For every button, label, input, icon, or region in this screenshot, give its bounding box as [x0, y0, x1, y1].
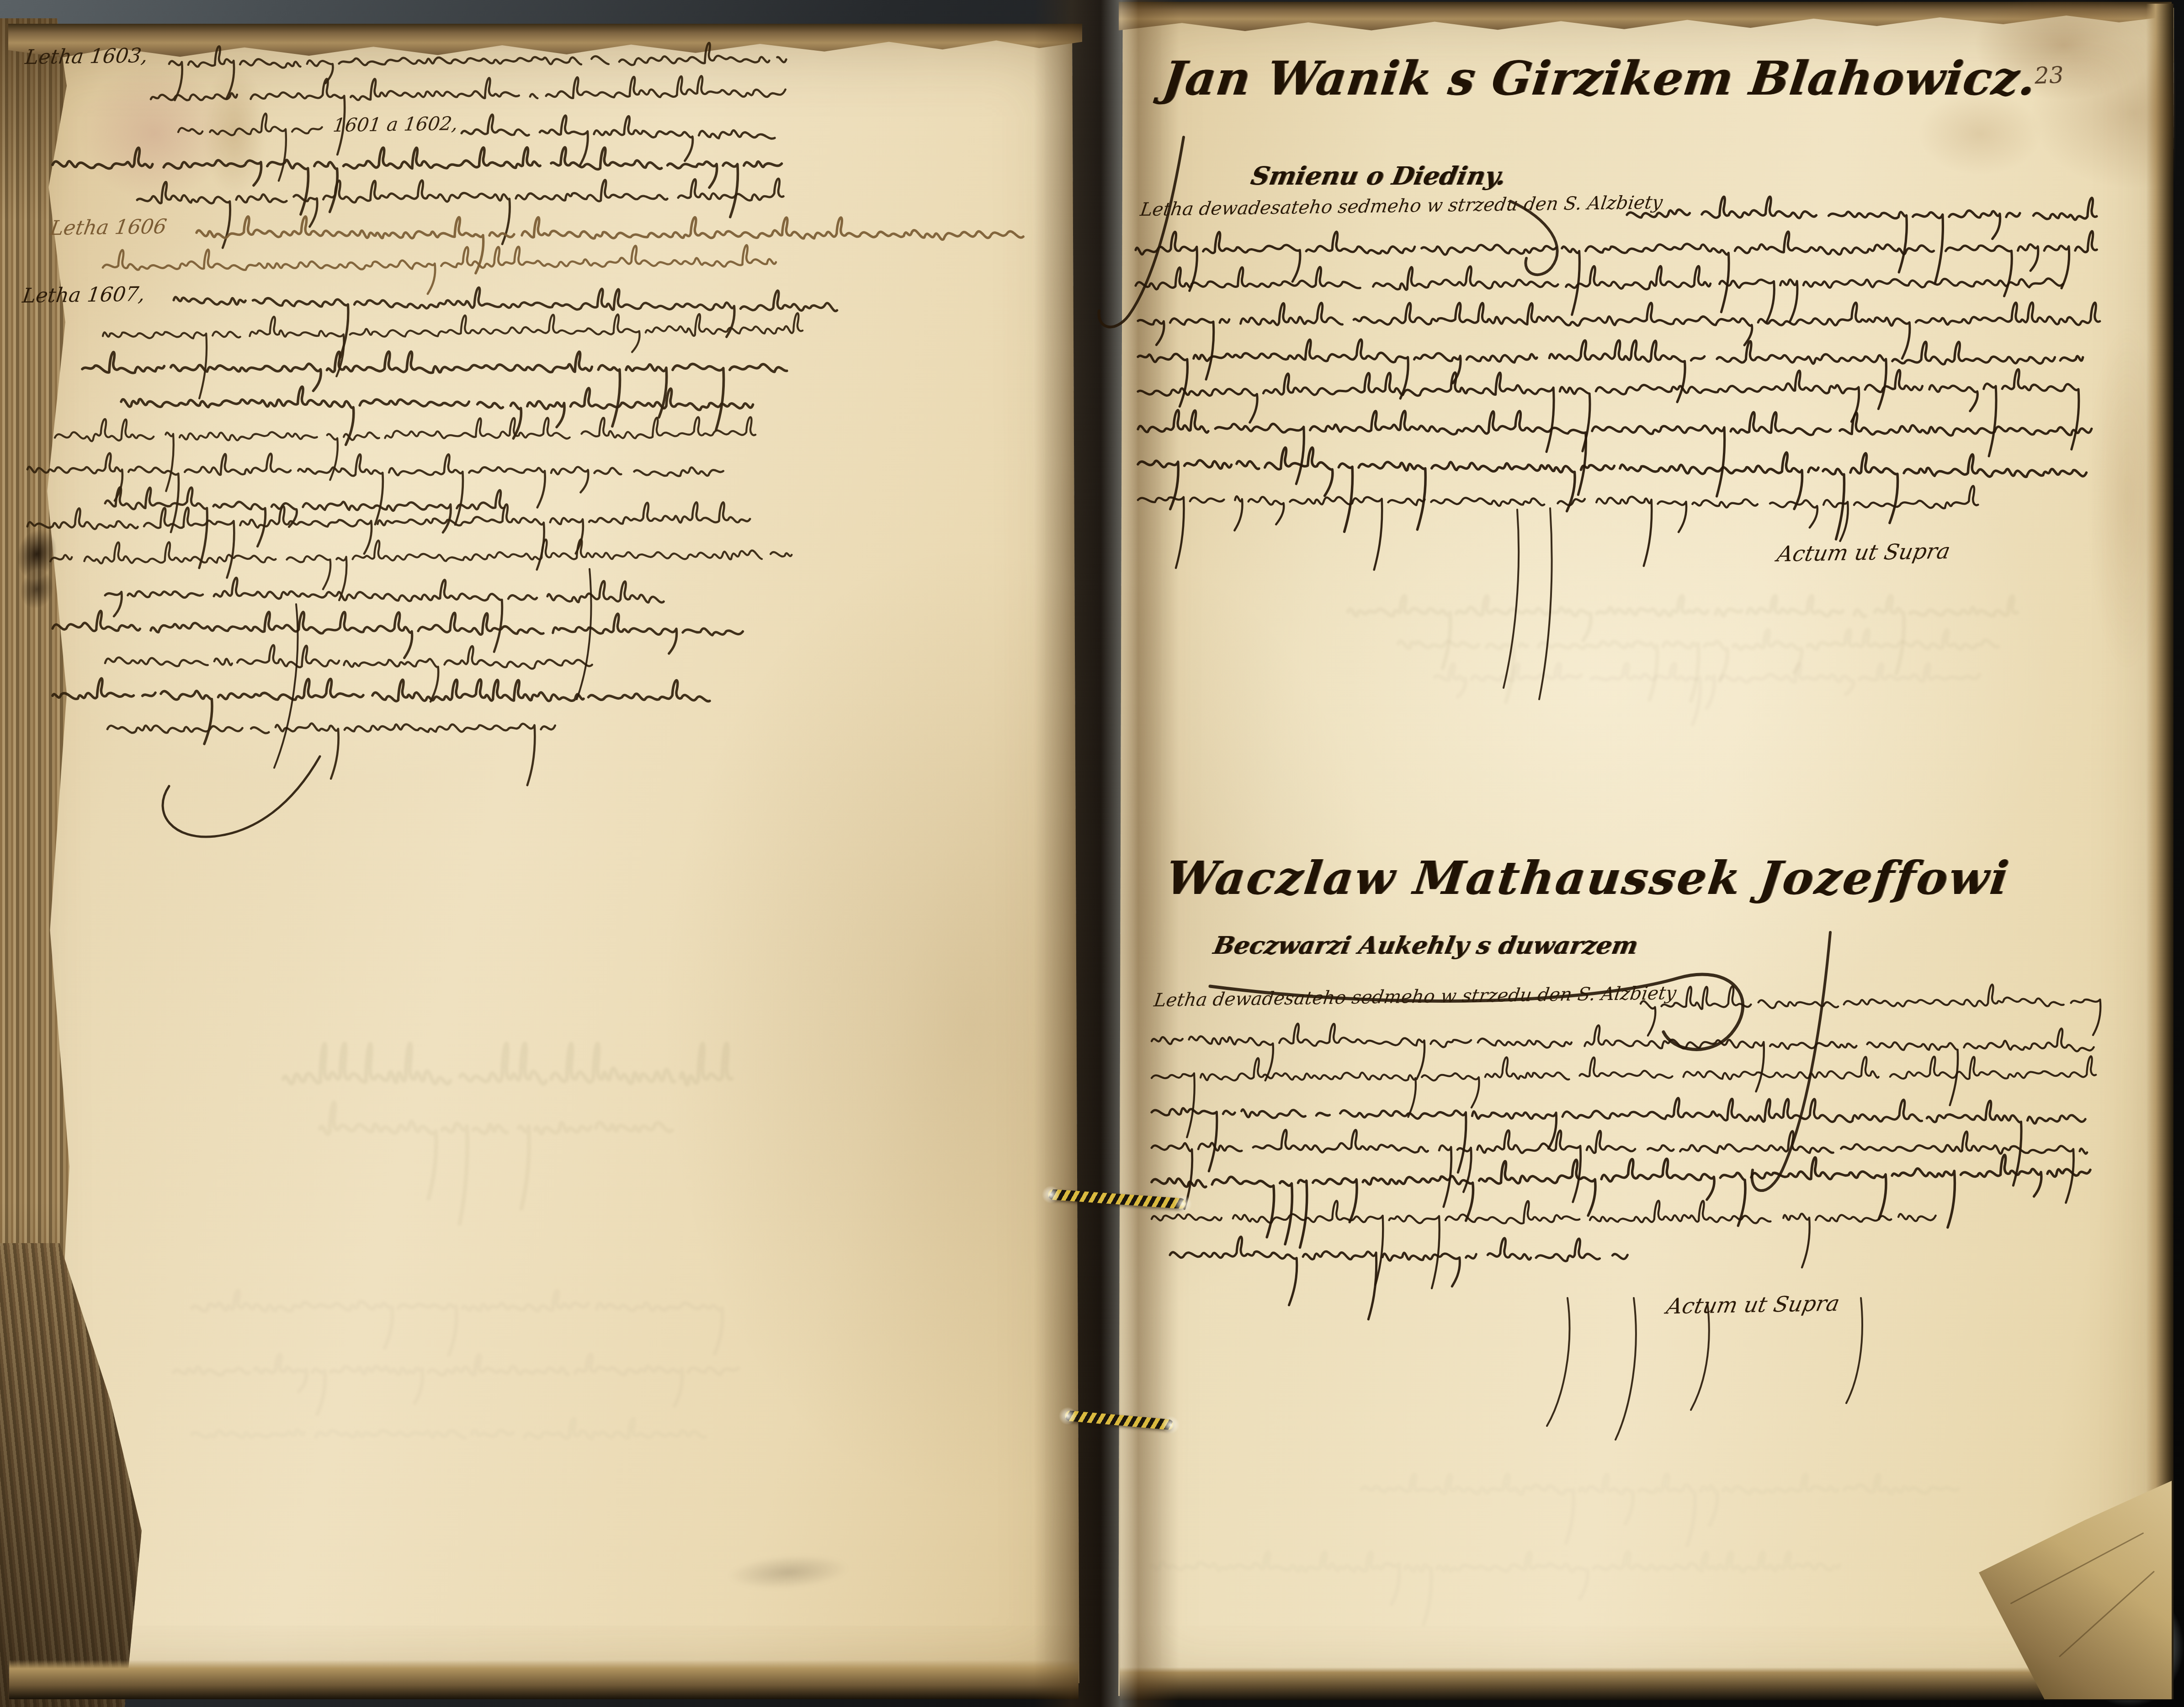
handwriting-line	[103, 313, 803, 399]
handwriting-line	[1152, 1154, 2091, 1250]
handwriting-line	[1136, 231, 2097, 315]
handwriting-line	[55, 417, 756, 491]
handwriting-line	[1152, 1201, 1936, 1288]
handwriting-line	[163, 756, 320, 837]
handwriting-line	[1138, 410, 2092, 497]
handwriting-line	[1846, 1298, 1862, 1403]
script-fragment: Letha 1607,	[21, 282, 146, 308]
entry-1-title: Jan Wanik s Girzikem Blahowicz.	[1160, 51, 2039, 106]
handwriting-line	[1151, 1022, 2094, 1106]
handwriting-line	[53, 611, 743, 660]
handwriting-line	[1539, 508, 1552, 699]
entry-2-title: Waczlaw Mathaussek Jozeffowi	[1163, 851, 2013, 905]
handwriting-line	[137, 179, 784, 248]
handwriting-line	[1152, 1056, 2096, 1138]
script-fragment: Letha 1606	[48, 215, 168, 240]
entry-1-closing: Actum ut Supra	[1775, 539, 1952, 567]
handwriting-line	[53, 678, 717, 746]
handwriting-line	[103, 245, 783, 297]
handwriting-line	[178, 113, 323, 182]
folio-number: 23	[2034, 62, 2064, 89]
handwriting-line	[1138, 339, 2083, 410]
entry-2-subtitle: Beczwarzi Aukehly s duwarzem	[1211, 931, 1640, 960]
entry-1-subtitle: Smienu o Diediny.	[1249, 161, 1509, 191]
handwriting-line	[151, 75, 786, 156]
handwriting-line	[82, 351, 787, 430]
script-fragment: 1601 a 1602,	[332, 112, 459, 136]
handwriting-line	[1136, 265, 2063, 324]
handwriting-line	[27, 502, 751, 580]
handwriting-line	[1138, 369, 2085, 461]
handwriting-line	[1137, 446, 2086, 542]
manuscript-spread: Letha 1603,1601 a 1602,Letha 1606Letha 1…	[0, 0, 2184, 1707]
handwriting-line	[1615, 1298, 1636, 1440]
handwriting-line	[53, 147, 782, 218]
handwriting-line	[1547, 1298, 1569, 1426]
handwriting-line	[1641, 984, 2107, 1038]
handwriting-line	[107, 723, 555, 786]
handwriting-line	[274, 604, 298, 768]
handwriting-line	[197, 216, 1023, 274]
handwriting-line	[577, 569, 591, 699]
handwriting-line	[1169, 1236, 1634, 1321]
handwriting-line	[173, 284, 837, 363]
handwriting-line	[1691, 1303, 1709, 1410]
handwriting-line	[105, 577, 664, 654]
handwriting-line	[461, 114, 775, 168]
handwriting-line	[1504, 510, 1519, 688]
handwriting-line	[1099, 137, 1184, 327]
entry-2-closing: Actum ut Supra	[1664, 1291, 1842, 1319]
script-fragment: Letha 1603,	[24, 44, 149, 69]
